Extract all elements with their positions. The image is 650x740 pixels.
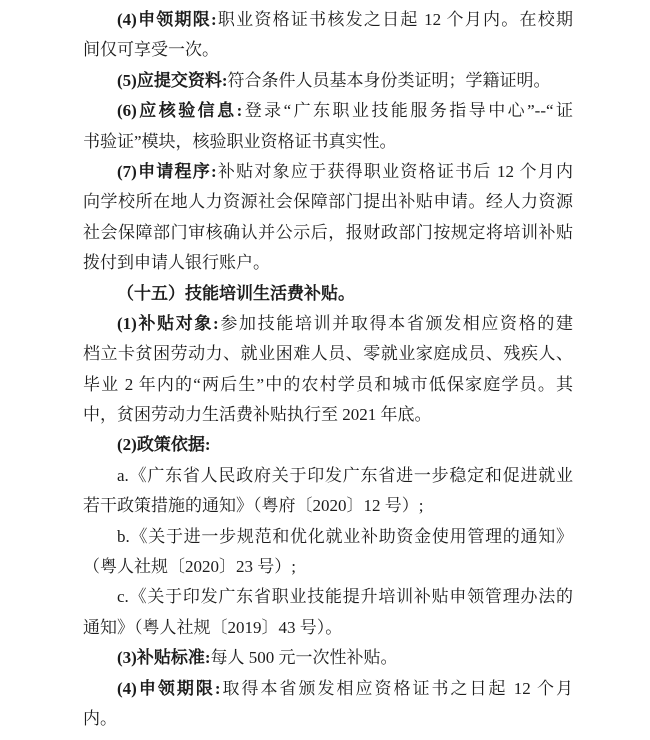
doc-line: c.《关于印发广东省职业技能提升培训补贴申领管理办法的 xyxy=(83,582,573,612)
doc-line-text: a.《广东省人民政府关于印发广东省进一步稳定和促进就业 xyxy=(117,466,573,485)
document-text-block: (4)申领期限:职业资格证书核发之日起 12 个月内。在校期 间仅可享受一次。 … xyxy=(83,5,573,734)
doc-line: a.《广东省人民政府关于印发广东省进一步稳定和促进就业 xyxy=(83,461,573,491)
doc-line: (3)补贴标准:每人 500 元一次性补贴。 xyxy=(83,643,573,673)
doc-line: (6)应核验信息:登录“广东职业技能服务指导中心”--“证 xyxy=(83,96,573,126)
doc-line-text: 参加技能培训并取得本省颁发相应资格的建 xyxy=(219,314,573,333)
doc-line-text: c.《关于印发广东省职业技能提升培训补贴申领管理办法的 xyxy=(117,587,573,606)
doc-line-bold-label: (3)补贴标准: xyxy=(117,648,210,667)
doc-line-bold-label: (7)申请程序: xyxy=(117,162,217,181)
document-page: (4)申领期限:职业资格证书核发之日起 12 个月内。在校期 间仅可享受一次。 … xyxy=(0,0,650,740)
doc-line-text: 补贴对象应于获得职业资格证书后 12 个月内 xyxy=(217,162,573,181)
doc-line-text: 向学校所在地人力资源社会保障部门提出补贴申请。经人力资源 xyxy=(83,192,573,211)
doc-line-text: 书验证”模块，核验职业资格证书真实性。 xyxy=(83,132,397,151)
doc-line-bold-label: (4)申领期限: xyxy=(117,679,221,698)
doc-line-text: 登录“广东职业技能服务指导中心”--“证 xyxy=(242,101,573,120)
doc-line: (4)申领期限:取得本省颁发相应资格证书之日起 12 个月 xyxy=(83,674,573,704)
doc-line-bold-label: (2)政策依据: xyxy=(117,435,210,454)
doc-section-heading: （十五）技能培训生活费补贴。 xyxy=(83,279,573,309)
doc-line-bold-label: (6)应核验信息: xyxy=(117,101,242,120)
doc-line: (7)申请程序:补贴对象应于获得职业资格证书后 12 个月内 xyxy=(83,157,573,187)
doc-line: 向学校所在地人力资源社会保障部门提出补贴申请。经人力资源 xyxy=(83,187,573,217)
doc-line: 社会保障部门审核确认并公示后，报财政部门按规定将培训补贴 xyxy=(83,218,573,248)
doc-line-text: 档立卡贫困劳动力、就业困难人员、零就业家庭成员、残疾人、 xyxy=(83,344,573,363)
doc-line: (5)应提交资料:符合条件人员基本身份类证明；学籍证明。 xyxy=(83,66,573,96)
doc-line: 毕业 2 年内的“两后生”中的农村学员和城市低保家庭学员。其 xyxy=(83,370,573,400)
doc-line: b.《关于进一步规范和优化就业补助资金使用管理的通知》 xyxy=(83,522,573,552)
doc-line: 书验证”模块，核验职业资格证书真实性。 xyxy=(83,127,573,157)
doc-line-text: b.《关于进一步规范和优化就业补助资金使用管理的通知》 xyxy=(117,527,573,546)
doc-line-text: 通知》（粤人社规〔2019〕43 号）。 xyxy=(83,618,342,637)
doc-line-text: （粤人社规〔2020〕23 号）; xyxy=(83,557,296,576)
doc-line-bold-label: (1)补贴对象: xyxy=(117,314,219,333)
doc-line: (4)申领期限:职业资格证书核发之日起 12 个月内。在校期 xyxy=(83,5,573,35)
doc-line-text: 若干政策措施的通知》（粤府〔2020〕12 号）; xyxy=(83,496,423,515)
doc-line: 档立卡贫困劳动力、就业困难人员、零就业家庭成员、残疾人、 xyxy=(83,339,573,369)
doc-line: 内。 xyxy=(83,704,573,734)
doc-line-text: 中，贫困劳动力生活费补贴执行至 2021 年底。 xyxy=(83,405,432,424)
doc-line: 若干政策措施的通知》（粤府〔2020〕12 号）; xyxy=(83,491,573,521)
doc-line: 拨付到申请人银行账户。 xyxy=(83,248,573,278)
doc-line: （粤人社规〔2020〕23 号）; xyxy=(83,552,573,582)
doc-line: 间仅可享受一次。 xyxy=(83,35,573,65)
doc-line-bold-label: (4)申领期限: xyxy=(117,10,217,29)
doc-line-text: 每人 500 元一次性补贴。 xyxy=(210,648,397,667)
doc-line-text: 职业资格证书核发之日起 12 个月内。在校期 xyxy=(217,10,573,29)
doc-line: 中，贫困劳动力生活费补贴执行至 2021 年底。 xyxy=(83,400,573,430)
doc-line-bold-label: (5)应提交资料: xyxy=(117,71,227,90)
doc-line-bold-label: （十五）技能培训生活费补贴。 xyxy=(117,284,355,303)
doc-line: 通知》（粤人社规〔2019〕43 号）。 xyxy=(83,613,573,643)
doc-line-text: 毕业 2 年内的“两后生”中的农村学员和城市低保家庭学员。其 xyxy=(83,375,573,394)
doc-line-text: 符合条件人员基本身份类证明；学籍证明。 xyxy=(227,71,550,90)
doc-line-text: 间仅可享受一次。 xyxy=(83,40,219,59)
doc-line: (1)补贴对象:参加技能培训并取得本省颁发相应资格的建 xyxy=(83,309,573,339)
doc-line-text: 拨付到申请人银行账户。 xyxy=(83,253,270,272)
doc-line-text: 取得本省颁发相应资格证书之日起 12 个月 xyxy=(221,679,574,698)
doc-line-text: 内。 xyxy=(83,709,117,728)
doc-line: (2)政策依据: xyxy=(83,430,573,460)
doc-line-text: 社会保障部门审核确认并公示后，报财政部门按规定将培训补贴 xyxy=(83,223,573,242)
